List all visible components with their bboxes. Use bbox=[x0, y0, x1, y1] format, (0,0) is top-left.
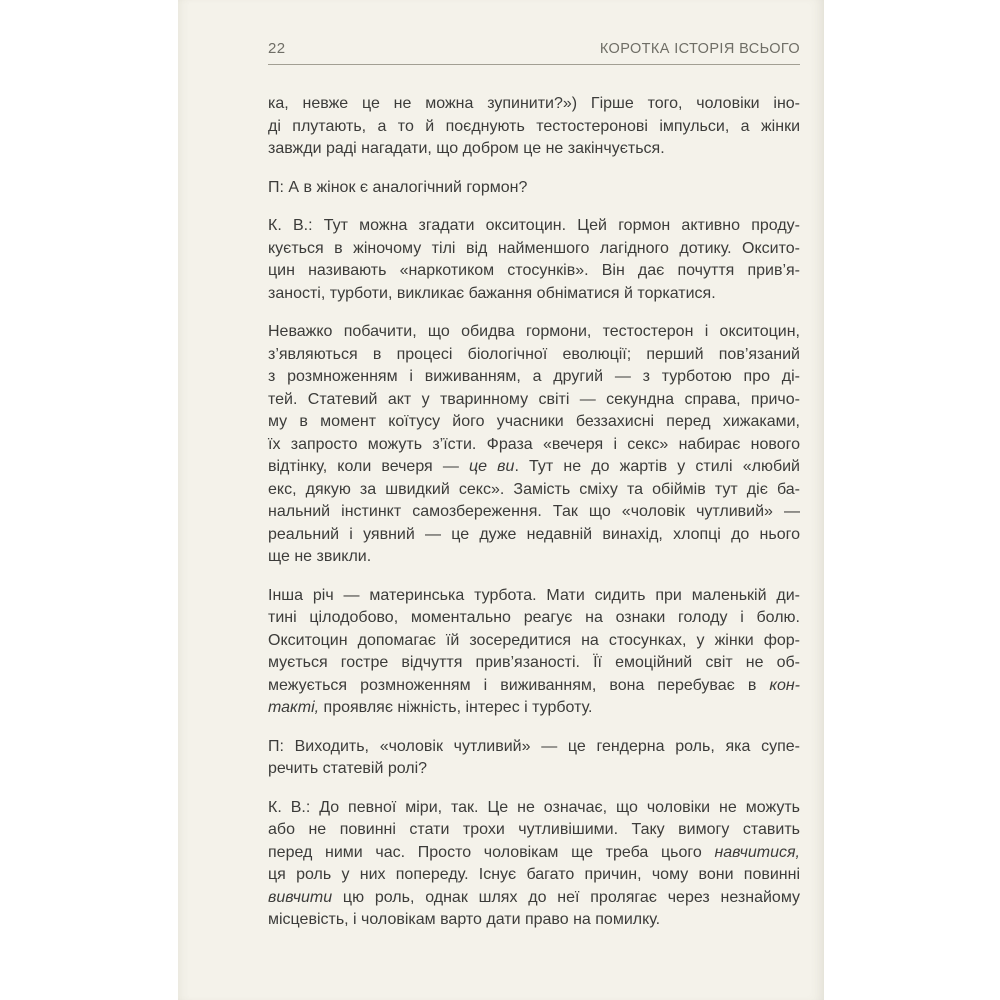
body-text: з’являються в процесі біологічної еволюц… bbox=[268, 346, 800, 363]
text-line: кується в жіночому тілі від найменшого л… bbox=[268, 238, 800, 261]
text-line: ще не звикли. bbox=[268, 546, 800, 569]
text-line: їх запросто можуть з’їсти. Фраза «вечеря… bbox=[268, 434, 800, 457]
text-line: П: А в жінок є аналогічний гормон? bbox=[268, 177, 800, 200]
text-line: ка, невже це не можна зупинити?») Гірше … bbox=[268, 93, 800, 116]
text-line: тей. Статевий акт у тваринному світі — с… bbox=[268, 389, 800, 412]
text-line: місцевість, і чоловікам варто дати право… bbox=[268, 909, 800, 932]
body-text: К. В.: До певної міри, так. Це не означа… bbox=[268, 799, 800, 816]
text-line: му в момент коїтусу його учасники беззах… bbox=[268, 411, 800, 434]
text-line: або не повинні стати трохи чутливішими. … bbox=[268, 819, 800, 842]
italic-text: це ви bbox=[469, 458, 514, 475]
body-text: межується розмноженням і виживанням, вон… bbox=[268, 677, 769, 694]
italic-text: вивчити bbox=[268, 889, 332, 906]
body-text: перед ними час. Просто чоловікам ще треб… bbox=[268, 844, 714, 861]
body-text: цин називають «наркотиком стосунків». Ві… bbox=[268, 262, 800, 279]
body-text: . Тут не до жартів у стилі «любий bbox=[514, 458, 800, 475]
body-text: П: А в жінок є аналогічний гормон? bbox=[268, 179, 527, 196]
text-line: К. В.: До певної міри, так. Це не означа… bbox=[268, 797, 800, 820]
body-text: тині цілодобово, моментально реагує на о… bbox=[268, 609, 800, 626]
text-line: заності, турботи, викликає бажання обнім… bbox=[268, 283, 800, 306]
body-text: ка, невже це не можна зупинити?») Гірше … bbox=[268, 95, 800, 112]
body-text: нальний інстинкт самозбереження. Так що … bbox=[268, 503, 800, 520]
body-text: П: Виходить, «чоловік чутливий» — це ген… bbox=[268, 738, 800, 755]
paragraph: К. В.: До певної міри, так. Це не означа… bbox=[268, 797, 800, 932]
text-line: цин називають «наркотиком стосунків». Ві… bbox=[268, 260, 800, 283]
body-text: ця роль у них попереду. Існує багато при… bbox=[268, 866, 800, 883]
text-line: такті, проявляє ніжність, інтерес і турб… bbox=[268, 697, 800, 720]
italic-text: такті, bbox=[268, 699, 319, 716]
body-text: їх запросто можуть з’їсти. Фраза «вечеря… bbox=[268, 436, 800, 453]
body-text: цю роль, однак шлях до неї пролягає чере… bbox=[332, 889, 800, 906]
text-line: мується гостре відчуття прив’язаності. Ї… bbox=[268, 652, 800, 675]
text-line: відтінку, коли вечеря — це ви. Тут не до… bbox=[268, 456, 800, 479]
body-text: проявляє ніжність, інтерес і турботу. bbox=[319, 699, 592, 716]
text-line: межується розмноженням і виживанням, вон… bbox=[268, 675, 800, 698]
paragraph: Інша річ — материнська турбота. Мати сид… bbox=[268, 585, 800, 720]
text-line: з розмноженням і виживанням, а другий — … bbox=[268, 366, 800, 389]
body-text: або не повинні стати трохи чутливішими. … bbox=[268, 821, 800, 838]
text-line: ця роль у них попереду. Існує багато при… bbox=[268, 864, 800, 887]
page-header: 22 КОРОТКА ІСТОРІЯ ВСЬОГО bbox=[268, 0, 800, 65]
body-text: речить статевій ролі? bbox=[268, 760, 427, 777]
text-line: реальний і уявний — це дуже недавній вин… bbox=[268, 524, 800, 547]
text-line: ді плутають, а то й поєднують тестостеро… bbox=[268, 116, 800, 139]
text-line: П: Виходить, «чоловік чутливий» — це ген… bbox=[268, 736, 800, 759]
body-text: Окситоцин допомагає їй зосередитися на с… bbox=[268, 632, 800, 649]
italic-text: кон- bbox=[769, 677, 800, 694]
text-line: вивчити цю роль, однак шлях до неї проля… bbox=[268, 887, 800, 910]
book-page: 22 КОРОТКА ІСТОРІЯ ВСЬОГО ка, невже це н… bbox=[178, 0, 824, 1000]
body-text: відтінку, коли вечеря — bbox=[268, 458, 469, 475]
body-text: завжди раді нагадати, що добром це не за… bbox=[268, 140, 665, 157]
text-line: речить статевій ролі? bbox=[268, 758, 800, 781]
body-text: мується гостре відчуття прив’язаності. Ї… bbox=[268, 654, 800, 671]
body-text: Неважко побачити, що обидва гормони, тес… bbox=[268, 323, 800, 340]
text-line: Окситоцин допомагає їй зосередитися на с… bbox=[268, 630, 800, 653]
body-text: му в момент коїтусу його учасники беззах… bbox=[268, 413, 800, 430]
page-number: 22 bbox=[268, 40, 286, 57]
text-line: екс, дякую за швидкий секс». Замість смі… bbox=[268, 479, 800, 502]
text-block: ка, невже це не можна зупинити?») Гірше … bbox=[268, 93, 800, 932]
body-text: К. В.: Тут можна згадати окситоцин. Цей … bbox=[268, 217, 800, 234]
body-text: реальний і уявний — це дуже недавній вин… bbox=[268, 526, 800, 543]
body-text: кується в жіночому тілі від найменшого л… bbox=[268, 240, 800, 257]
running-title: КОРОТКА ІСТОРІЯ ВСЬОГО bbox=[600, 41, 800, 57]
text-line: тині цілодобово, моментально реагує на о… bbox=[268, 607, 800, 630]
text-line: з’являються в процесі біологічної еволюц… bbox=[268, 344, 800, 367]
body-text: з розмноженням і виживанням, а другий — … bbox=[268, 368, 800, 385]
italic-text: навчитися, bbox=[714, 844, 800, 861]
body-text: Інша річ — материнська турбота. Мати сид… bbox=[268, 587, 800, 604]
text-line: К. В.: Тут можна згадати окситоцин. Цей … bbox=[268, 215, 800, 238]
page-content-area: 22 КОРОТКА ІСТОРІЯ ВСЬОГО ка, невже це н… bbox=[178, 0, 824, 932]
body-text: тей. Статевий акт у тваринному світі — с… bbox=[268, 391, 800, 408]
text-line: Неважко побачити, що обидва гормони, тес… bbox=[268, 321, 800, 344]
text-line: Інша річ — материнська турбота. Мати сид… bbox=[268, 585, 800, 608]
body-text: ще не звикли. bbox=[268, 548, 371, 565]
paragraph: П: А в жінок є аналогічний гормон? bbox=[268, 177, 800, 200]
text-line: перед ними час. Просто чоловікам ще треб… bbox=[268, 842, 800, 865]
paragraph: ка, невже це не можна зупинити?») Гірше … bbox=[268, 93, 800, 161]
paragraph: Неважко побачити, що обидва гормони, тес… bbox=[268, 321, 800, 569]
text-line: нальний інстинкт самозбереження. Так що … bbox=[268, 501, 800, 524]
body-text: екс, дякую за швидкий секс». Замість смі… bbox=[268, 481, 800, 498]
text-line: завжди раді нагадати, що добром це не за… bbox=[268, 138, 800, 161]
body-text: місцевість, і чоловікам варто дати право… bbox=[268, 911, 660, 928]
body-text: ді плутають, а то й поєднують тестостеро… bbox=[268, 118, 800, 135]
paragraph: П: Виходить, «чоловік чутливий» — це ген… bbox=[268, 736, 800, 781]
body-text: заності, турботи, викликає бажання обнім… bbox=[268, 285, 716, 302]
paragraph: К. В.: Тут можна згадати окситоцин. Цей … bbox=[268, 215, 800, 305]
